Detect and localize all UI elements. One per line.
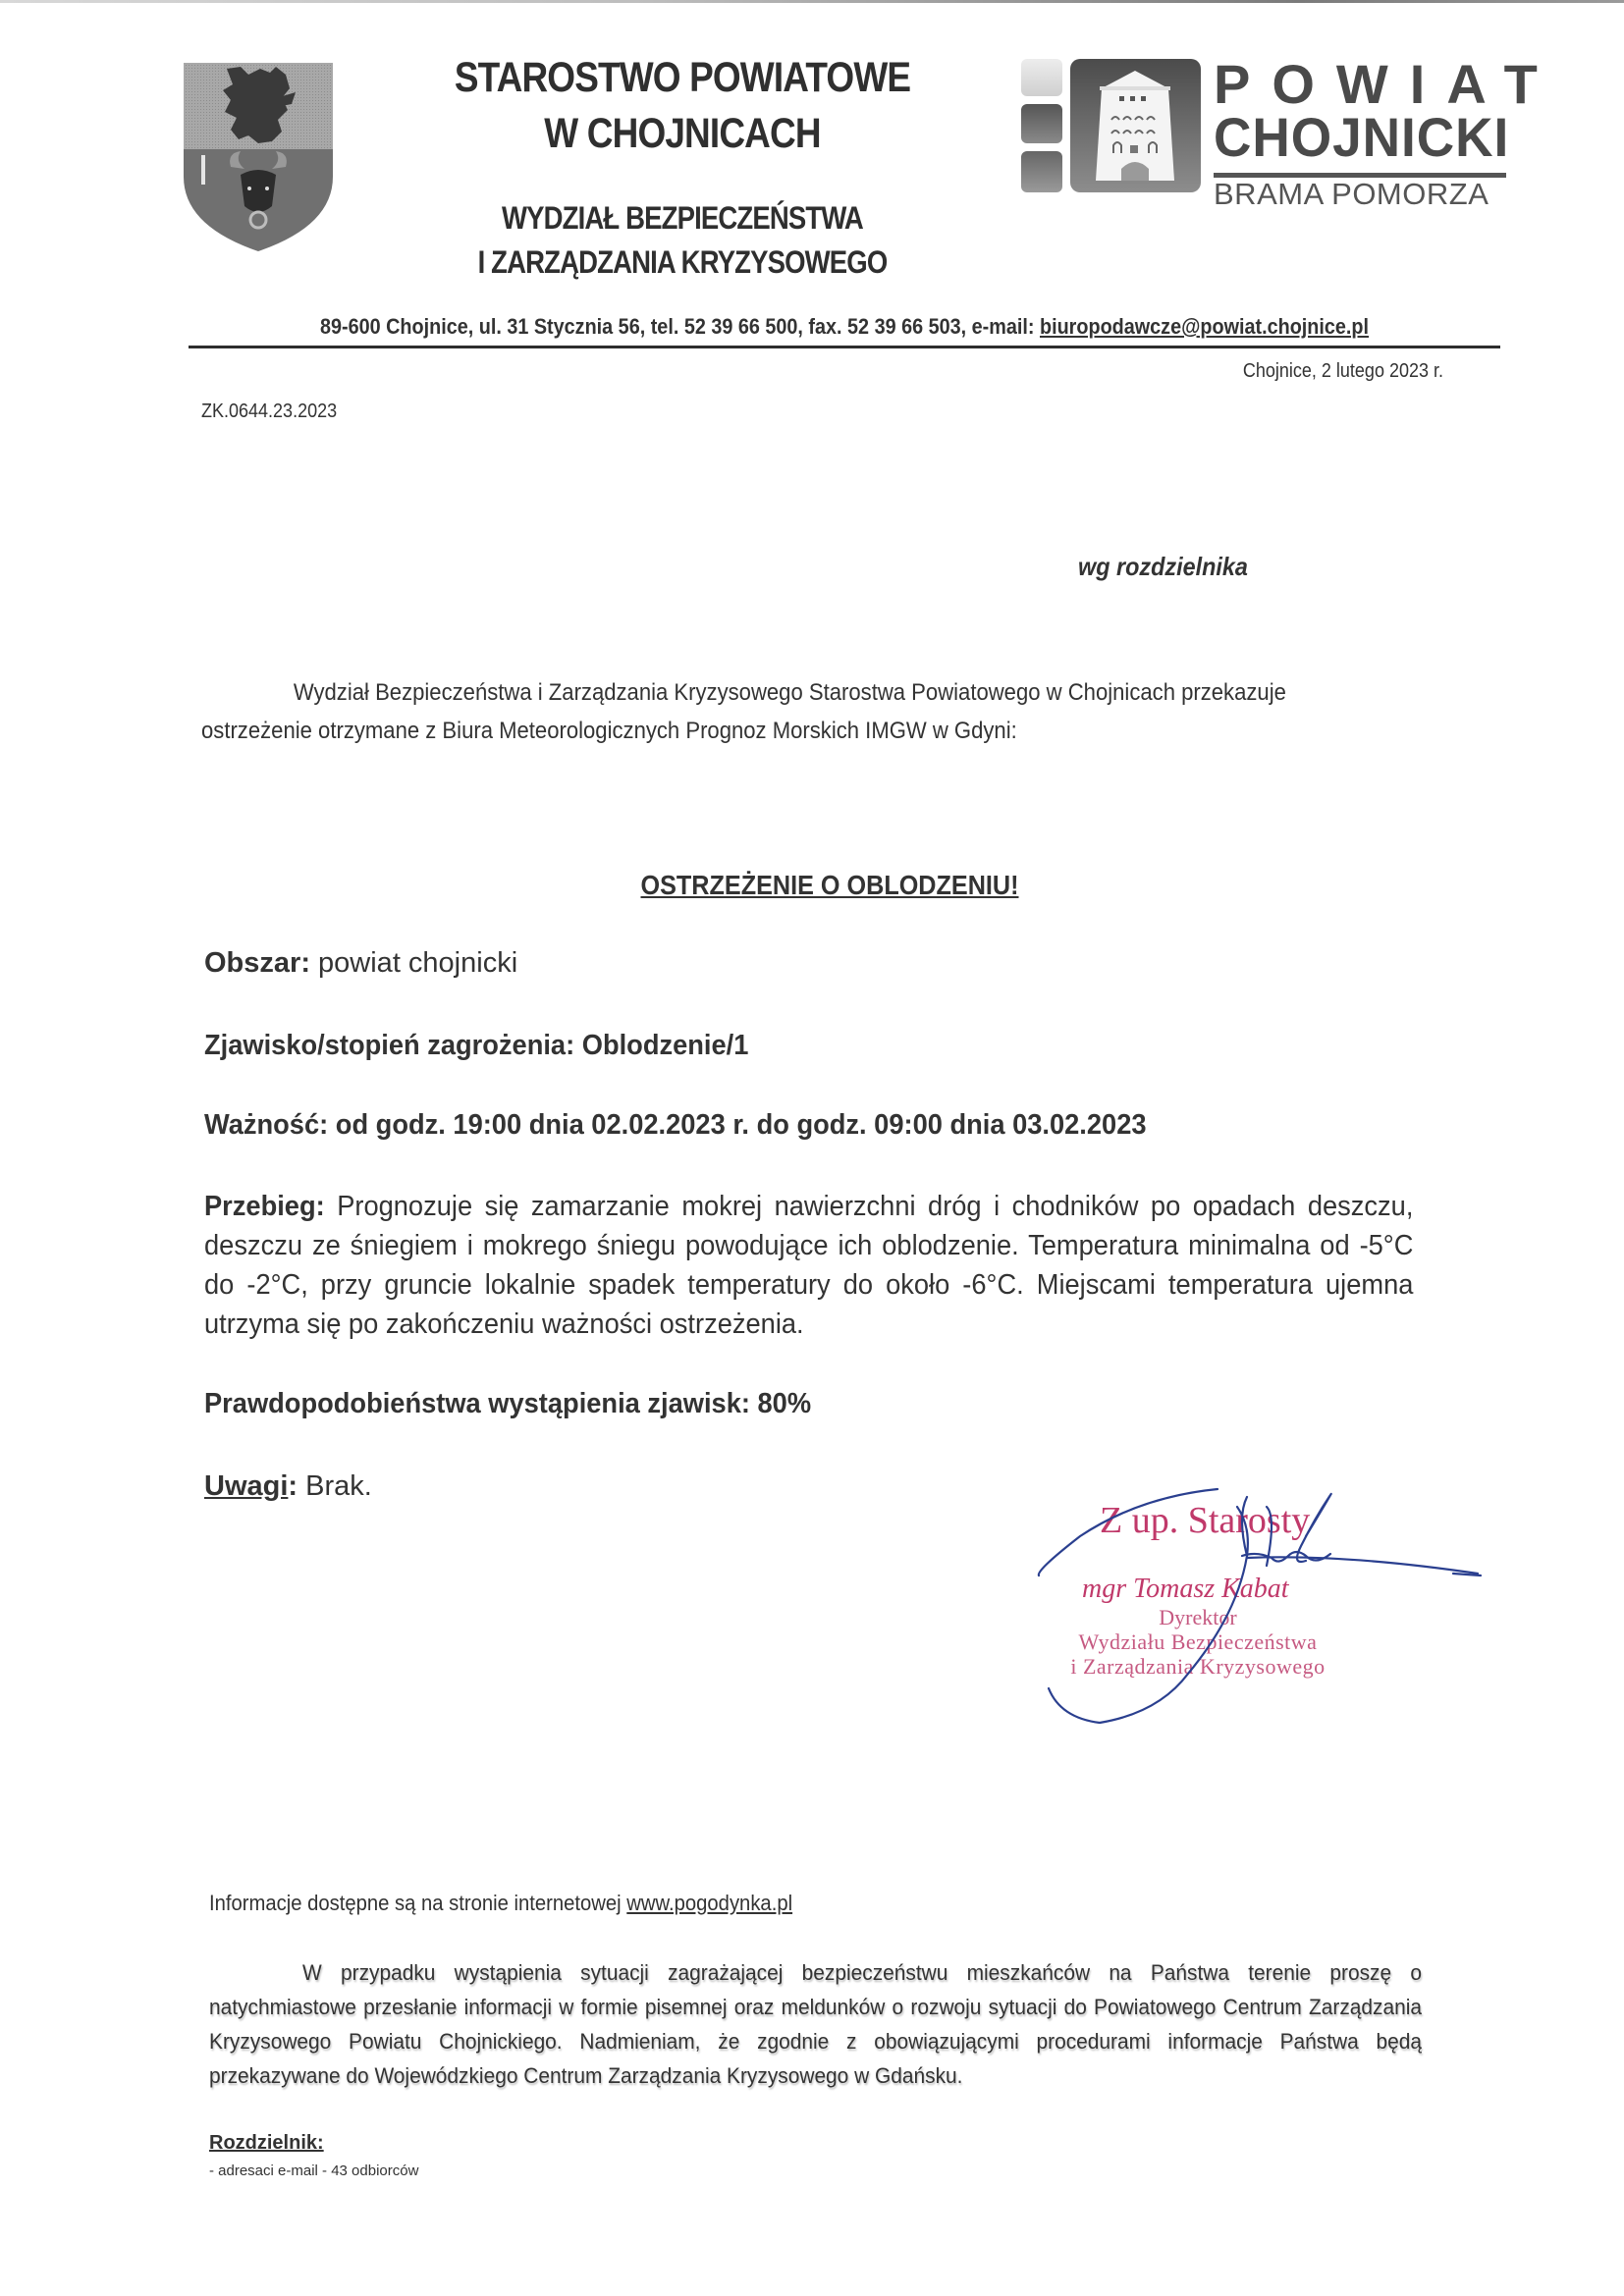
notes-colon: : bbox=[288, 1470, 298, 1502]
signature-stamp: Z up. Starosty mgr Tomasz Kabat Dyrektor… bbox=[1021, 1477, 1532, 1742]
notes-label: Uwagi bbox=[204, 1470, 288, 1502]
header-divider bbox=[189, 346, 1500, 348]
probability-label: Prawdopodobieństwa wystąpienia zjawisk: bbox=[204, 1388, 750, 1419]
field-notes: Uwagi: Brak. bbox=[204, 1470, 372, 1503]
addressee: wg rozdzielnika bbox=[1078, 552, 1248, 582]
office-title-line2: W CHOJNICACH bbox=[416, 110, 948, 158]
info-text: Informacje dostępne są na stronie intern… bbox=[209, 1891, 626, 1915]
area-value: powiat chojnicki bbox=[310, 947, 517, 979]
tower-gate-icon bbox=[1070, 59, 1201, 192]
logo-square-light bbox=[1021, 59, 1062, 96]
field-validity: Ważność: od godz. 19:00 dnia 02.02.2023 … bbox=[204, 1109, 1147, 1142]
coat-of-arms-icon bbox=[180, 59, 337, 255]
field-course: Przebieg: Prognozuje się zamarzanie mokr… bbox=[204, 1187, 1413, 1344]
logo-square-dark bbox=[1021, 104, 1062, 143]
handwritten-signature-icon bbox=[1021, 1477, 1532, 1742]
course-value: Prognozuje się zamarzanie mokrej nawierz… bbox=[204, 1191, 1413, 1340]
field-phenomenon: Zjawisko/stopień zagrożenia: Oblodzenie/… bbox=[204, 1030, 748, 1062]
validity-value: od godz. 19:00 dnia 02.02.2023 r. do god… bbox=[328, 1109, 1146, 1141]
logo-square-mid bbox=[1021, 151, 1062, 192]
email-link[interactable]: biuropodawcze@powiat.chojnice.pl bbox=[1040, 314, 1369, 339]
letter-date: Chojnice, 2 lutego 2023 r. bbox=[1161, 360, 1443, 383]
department-title-line1: WYDZIAŁ BEZPIECZEŃSTWA bbox=[416, 200, 948, 237]
distribution-item: - adresaci e-mail - 43 odbiorców bbox=[209, 2163, 418, 2179]
validity-label: Ważność: bbox=[204, 1109, 328, 1141]
footer-paragraph: W przypadku wystąpienia sytuacji zagraża… bbox=[209, 1955, 1422, 2093]
logo-tagline: BRAMA POMORZA bbox=[1214, 177, 1489, 212]
address-text: 89-600 Chojnice, ul. 31 Stycznia 56, tel… bbox=[320, 314, 1040, 339]
intro-paragraph: Wydział Bezpieczeństwa i Zarządzania Kry… bbox=[201, 673, 1367, 750]
warning-title: OSTRZEŻENIE O OBLODZENIU! bbox=[481, 870, 1179, 901]
powiat-chojnicki-logo: POWIAT CHOJNICKI BRAMA POMORZA bbox=[1021, 57, 1512, 204]
department-title-line2: I ZARZĄDZANIA KRYZYSOWEGO bbox=[416, 244, 948, 281]
pogodynka-link[interactable]: www.pogodynka.pl bbox=[626, 1891, 792, 1915]
notes-value: Brak. bbox=[298, 1470, 372, 1502]
field-area: Obszar: powiat chojnicki bbox=[204, 947, 517, 980]
distribution-title: Rozdzielnik: bbox=[209, 2132, 324, 2155]
course-label: Przebieg: bbox=[204, 1191, 325, 1222]
logo-word-powiat: POWIAT bbox=[1214, 55, 1559, 114]
phenomenon-label: Zjawisko/stopień zagrożenia: bbox=[204, 1030, 574, 1061]
field-probability: Prawdopodobieństwa wystąpienia zjawisk: … bbox=[204, 1388, 811, 1420]
office-title-line1: STAROSTWO POWIATOWE bbox=[416, 54, 948, 102]
contact-address-line: 89-600 Chojnice, ul. 31 Stycznia 56, tel… bbox=[254, 314, 1435, 340]
probability-value: 80% bbox=[750, 1388, 811, 1419]
info-line: Informacje dostępne są na stronie intern… bbox=[209, 1891, 792, 1916]
reference-number: ZK.0644.23.2023 bbox=[201, 400, 337, 423]
phenomenon-value: Oblodzenie/1 bbox=[574, 1030, 748, 1061]
area-label: Obszar: bbox=[204, 947, 310, 979]
logo-word-chojnicki: CHOJNICKI bbox=[1214, 108, 1509, 167]
scan-edge-line bbox=[0, 0, 1624, 3]
